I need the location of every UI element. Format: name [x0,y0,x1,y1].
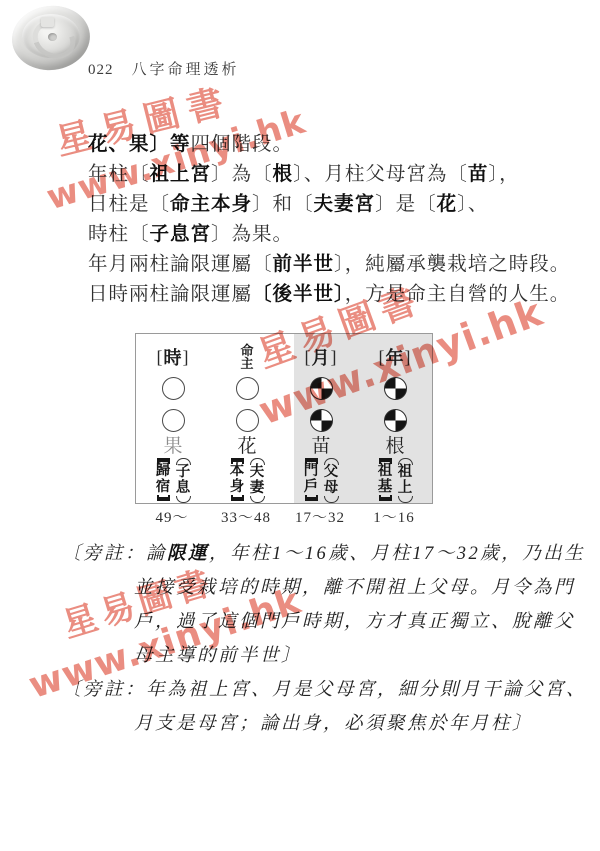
text-run: 日柱是〔 [88,194,170,215]
paren-label-chars: 父母 [324,465,339,496]
diagram-columns: [時] 果 歸宿 子息 命主 花 本身 [136,334,432,503]
body-line: 花、果〕等四個階段。 [88,131,558,161]
emphasis-text: 苗 [468,164,489,185]
book-title: 八字命理透析 [132,62,240,78]
quartered-circle-icon [310,377,333,400]
header-char: 月 [312,344,331,370]
curved-paren-bottom-icon [250,496,265,503]
text-run: ，方是命主自營的人生。 [345,284,571,305]
quartered-circle-icon [310,409,333,432]
label-char: 祖 [398,465,413,481]
body-line: 日柱是〔命主本身〕和〔夫妻宮〕是〔花〕、 [88,191,558,221]
age-range-row: 49～33～4817～321～16 [135,506,431,527]
text-run: 四個階段。 [191,134,294,155]
header-open-bracket: [ [157,347,164,368]
footnote-2-line: 〔旁註：年為祖上宮、月是父母宮，細分則月干論父宮、 [62,675,552,709]
text-run: 年月兩柱論限運屬〔 [88,254,273,275]
pillar-header: [時] [157,343,190,371]
text-run: 〕，純屬承襲栽培之時段。 [334,254,570,275]
bracket-label-group: 本身 [229,458,246,503]
header-char: 年 [386,344,405,370]
running-header: 022八字命理透析 [88,58,240,79]
bracket-label-chars: 祖基 [378,464,393,495]
bracket-label-chars: 歸宿 [156,464,171,495]
header-open-bracket: [ [379,347,386,368]
emphasis-text: 〔後半世〕 [252,284,345,305]
text-run: 時柱〔 [88,224,150,245]
header-open-bracket: [ [305,347,312,368]
paren-label-group: 父母 [323,458,340,503]
diagram-column-年: [年] 根 祖基 祖上 [358,334,432,503]
four-pillars-diagram: [時] 果 歸宿 子息 命主 花 本身 [135,333,433,504]
text-run: 〔旁註：論 [62,544,167,564]
pillar-header: [月] [305,343,338,371]
emphasis-text: 花 [437,194,458,215]
label-char: 身 [230,480,245,496]
empty-circle-icon [162,409,185,432]
seal-center-dot [48,33,57,41]
bracket-label-group: 祖基 [377,458,394,503]
pillar-vertical-labels: 門戶 父母 [303,458,340,503]
footnote-1-line: 戶，過了這個門戶時期，方才真正獨立、脫離父 [62,607,552,641]
text-run: 〕、 [457,194,488,215]
text-run: 〕， [488,164,519,185]
pillar-stage-label: 苗 [311,436,330,457]
thick-bracket-bottom-icon [231,495,244,501]
label-char: 夫 [250,465,265,481]
paren-label-chars: 祖上 [398,465,413,496]
body-line: 時柱〔子息宮〕為果。 [88,221,558,251]
label-char: 母 [324,481,339,497]
pillar-header: 命主 [240,343,253,371]
label-char: 息 [176,481,191,497]
text-run: ，年柱1～16歲、月柱17～32歲，乃出生 [209,544,585,564]
empty-circle-icon [162,377,185,400]
footnotes: 〔旁註：論限運，年柱1～16歲、月柱17～32歲，乃出生並接受栽培的時期，離不開… [62,539,552,743]
footnote-1-line: 〔旁註：論限運，年柱1～16歲、月柱17～32歲，乃出生 [62,539,552,573]
page-number: 022 [88,62,114,78]
label-char: 門 [304,464,319,480]
emphasis-text: 祖上宮 [150,164,212,185]
age-range-年: 1～16 [357,506,431,527]
diagram-column-月: [月] 苗 門戶 父母 [284,334,358,503]
footnote-1-line: 母主導的前半世〕 [62,641,552,675]
quartered-circle-icon [384,409,407,432]
body-line: 年柱〔祖上宮〕為〔根〕、月柱父母宮為〔苗〕， [88,161,558,191]
label-char: 基 [378,480,393,496]
curved-paren-bottom-icon [176,496,191,503]
paren-label-group: 祖上 [397,458,414,503]
header-close-bracket: ] [331,347,338,368]
pillar-vertical-labels: 祖基 祖上 [377,458,414,503]
text-run: 〕為果。 [211,224,293,245]
publisher-seal-logo [12,6,90,70]
age-range-命主: 33～48 [209,506,283,527]
label-char: 歸 [156,464,171,480]
label-char: 宿 [156,480,171,496]
label-char: 妻 [250,481,265,497]
footnote-2-line: 月支是母宮；論出身，必須聚焦於年月柱〕 [62,709,552,743]
pillar-vertical-labels: 歸宿 子息 [155,458,192,503]
bracket-label-group: 門戶 [303,458,320,503]
emphasis-text: 限運 [167,544,209,564]
label-char: 上 [398,481,413,497]
pillar-circles [236,377,259,432]
pillar-vertical-labels: 本身 夫妻 [229,458,266,503]
vertical-header-char: 主 [240,357,253,371]
text-run: 戶，過了這個門戶時期，方才真正獨立、脫離父 [134,612,575,632]
curved-paren-bottom-icon [398,496,413,503]
seal-knob [41,17,54,27]
label-char: 戶 [304,480,319,496]
header-close-bracket: ] [183,347,190,368]
vertical-header-char: 命 [240,344,253,358]
text-run: 〕、月柱父母宮為〔 [293,164,468,185]
label-char: 本 [230,464,245,480]
text-run: 年柱〔 [88,164,150,185]
emphasis-text: 花、果〕等 [88,134,191,155]
diagram-column-時: [時] 果 歸宿 子息 [136,334,210,503]
paren-label-chars: 夫妻 [250,465,265,496]
emphasis-text: 夫妻宮 [314,194,376,215]
pillar-stage-label: 果 [163,436,182,457]
empty-circle-icon [236,377,259,400]
quartered-circle-icon [384,377,407,400]
bracket-label-group: 歸宿 [155,458,172,503]
pillar-circles [162,377,185,432]
body-line: 日時兩柱論限運屬〔後半世〕，方是命主自營的人生。 [88,281,558,311]
text-run: 〔旁註：年為祖上宮、月是父母宮，細分則月干論父宮、 [62,680,587,700]
age-range-月: 17～32 [283,506,357,527]
emphasis-text: 子息宮 [150,224,212,245]
text-run: 母主導的前半世〕 [134,646,302,666]
diagram-column-命主: 命主 花 本身 夫妻 [210,334,284,503]
thick-bracket-bottom-icon [379,495,392,501]
emphasis-text: 前半世 [273,254,335,275]
pillar-circles [384,377,407,432]
pillar-stage-label: 根 [385,436,404,457]
header-close-bracket: ] [405,347,412,368]
text-run: 〕為〔 [211,164,273,185]
pillar-circles [310,377,333,432]
book-page: 022八字命理透析 花、果〕等四個階段。年柱〔祖上宮〕為〔根〕、月柱父母宮為〔苗… [0,0,600,851]
text-run: 〕是〔 [375,194,437,215]
label-char: 子 [176,465,191,481]
label-char: 祖 [378,464,393,480]
paren-label-chars: 子息 [176,465,191,496]
pillar-header: [年] [379,343,412,371]
body-line: 年月兩柱論限運屬〔前半世〕，純屬承襲栽培之時段。 [88,251,558,281]
bracket-label-chars: 門戶 [304,464,319,495]
footnote-1-line: 並接受栽培的時期，離不開祖上父母。月令為門 [62,573,552,607]
pillar-stage-label: 花 [237,436,256,457]
bracket-label-chars: 本身 [230,464,245,495]
body-text: 花、果〕等四個階段。年柱〔祖上宮〕為〔根〕、月柱父母宮為〔苗〕，日柱是〔命主本身… [88,131,558,311]
emphasis-text: 命主本身 [170,194,252,215]
thick-bracket-bottom-icon [157,495,170,501]
text-run: 日時兩柱論限運屬 [88,284,252,305]
header-char: 時 [164,344,183,370]
empty-circle-icon [236,409,259,432]
text-run: 〕和〔 [252,194,314,215]
label-char: 父 [324,465,339,481]
age-range-時: 49～ [135,506,209,527]
paren-label-group: 夫妻 [249,458,266,503]
curved-paren-bottom-icon [324,496,339,503]
text-run: 月支是母宮；論出身，必須聚焦於年月柱〕 [134,714,533,734]
paren-label-group: 子息 [175,458,192,503]
emphasis-text: 根 [273,164,294,185]
thick-bracket-bottom-icon [305,495,318,501]
text-run: 並接受栽培的時期，離不開祖上父母。月令為門 [134,578,575,598]
